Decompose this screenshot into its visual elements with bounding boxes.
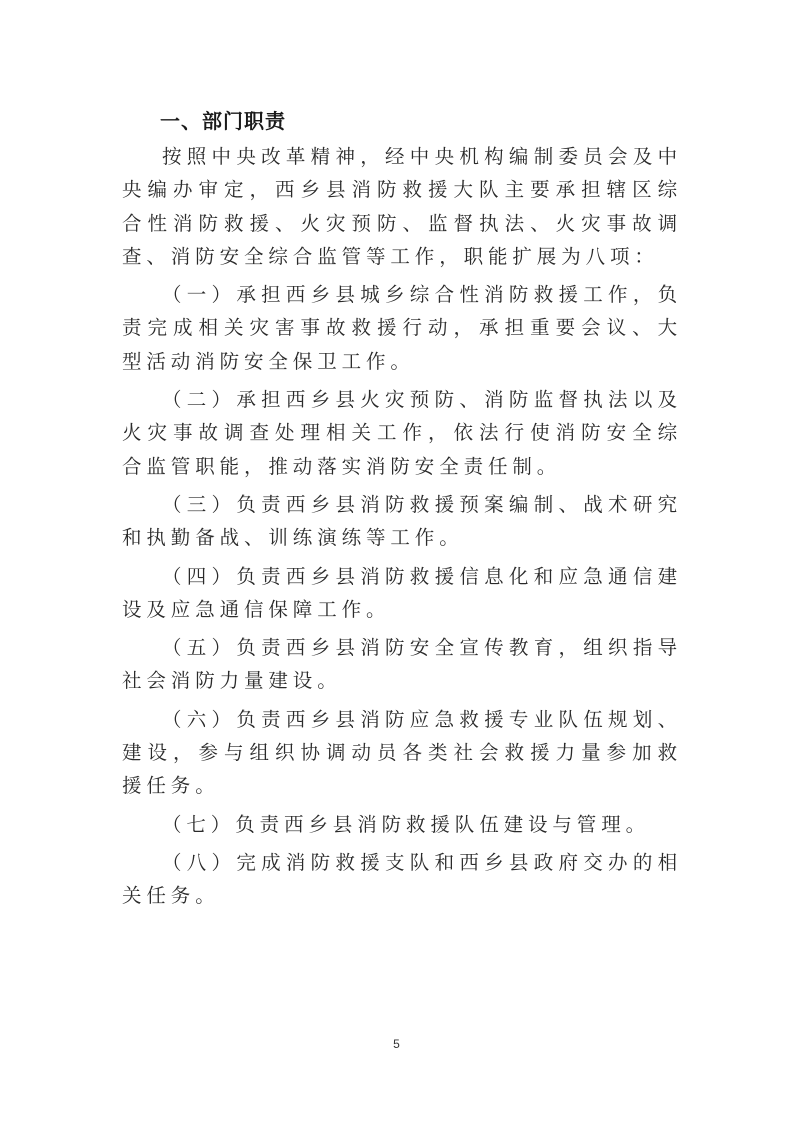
duty-item-label: （八） — [162, 851, 236, 874]
section-heading: 一、部门职责 — [160, 103, 682, 139]
duty-item-6: （六）负责西乡县消防应急救援专业队伍规划、建设，参与组织协调动员各类社会救援力量… — [122, 703, 682, 803]
duty-item-label: （一） — [162, 283, 236, 306]
duty-item-label: （六） — [162, 708, 236, 731]
duty-item-text: 负责西乡县消防救援队伍建设与管理。 — [235, 813, 650, 836]
duty-item-label: （五） — [162, 636, 236, 659]
duty-item-7: （七）负责西乡县消防救援队伍建设与管理。 — [122, 808, 682, 841]
duty-item-label: （七） — [162, 813, 235, 836]
duty-item-label: （三） — [162, 493, 236, 516]
duty-item-4: （四）负责西乡县消防救援信息化和应急通信建设及应急通信保障工作。 — [122, 560, 682, 627]
page-content: 一、部门职责 按照中央改革精神，经中央机构编制委员会及中央编办审定，西乡县消防救… — [122, 103, 682, 913]
document-page: 一、部门职责 按照中央改革精神，经中央机构编制委员会及中央编办审定，西乡县消防救… — [0, 0, 793, 1122]
duty-item-5: （五）负责西乡县消防安全宣传教育，组织指导社会消防力量建设。 — [122, 631, 682, 698]
duty-item-8: （八）完成消防救援支队和西乡县政府交办的相关任务。 — [122, 846, 682, 913]
duty-item-label: （四） — [162, 565, 236, 588]
duty-item-label: （二） — [162, 388, 236, 411]
intro-paragraph: 按照中央改革精神，经中央机构编制委员会及中央编办审定，西乡县消防救援大队主要承担… — [122, 140, 682, 273]
duty-item-1: （一）承担西乡县城乡综合性消防救援工作，负责完成相关灾害事故救援行动，承担重要会… — [122, 278, 682, 378]
duty-item-3: （三）负责西乡县消防救援预案编制、战术研究和执勤备战、训练演练等工作。 — [122, 488, 682, 555]
duty-item-2: （二）承担西乡县火灾预防、消防监督执法以及火灾事故调查处理相关工作，依法行使消防… — [122, 383, 682, 483]
page-number: 5 — [0, 1037, 793, 1051]
